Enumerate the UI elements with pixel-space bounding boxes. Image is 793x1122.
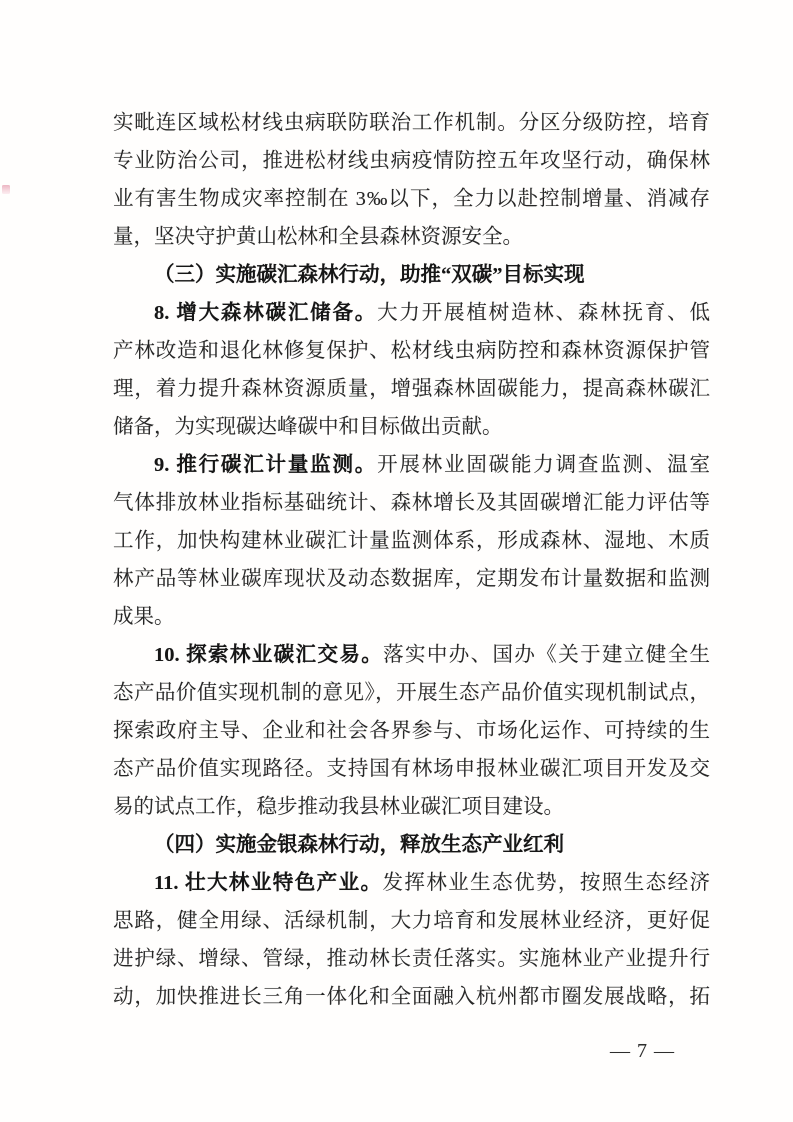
- document-page: 实毗连区域松材线虫病联防联治工作机制。分区分级防控，培育 专业防治公司，推进松材…: [0, 0, 793, 1122]
- text-line: 探索政府主导、企业和社会各界参与、市场化运作、可持续的生: [113, 712, 710, 750]
- item-10-lead: 10. 探索林业碳汇交易。: [154, 644, 383, 666]
- text-line: 动，加快推进长三角一体化和全面融入杭州都市圈发展战略，拓: [113, 978, 710, 1016]
- text-line: 态产品价值实现路径。支持国有林场申报林业碳汇项目开发及交: [113, 750, 710, 788]
- text-line: 专业防治公司，推进松材线虫病疫情防控五年攻坚行动，确保林: [113, 142, 710, 180]
- section-heading-4: （四）实施金银森林行动，释放生态产业红利: [113, 826, 710, 864]
- text-line: 业有害生物成灾率控制在 3‰以下，全力以赴控制增量、消减存: [113, 180, 710, 218]
- text-line: 量，坚决守护黄山松林和全县森林资源安全。: [113, 218, 710, 256]
- item-11-text: 发挥林业生态优势，按照生态经济: [382, 872, 710, 894]
- text-line: 气体排放林业指标基础统计、森林增长及其固碳增汇能力评估等: [113, 484, 710, 522]
- text-line: 林产品等林业碳库现状及动态数据库，定期发布计量数据和监测: [113, 560, 710, 598]
- text-line: 易的试点工作，稳步推动我县林业碳汇项目建设。: [113, 788, 710, 826]
- text-line: 实毗连区域松材线虫病联防联治工作机制。分区分级防控，培育: [113, 104, 710, 142]
- text-line: 10. 探索林业碳汇交易。落实中办、国办《关于建立健全生: [113, 636, 710, 674]
- text-line: 产林改造和退化林修复保护、松材线虫病防控和森林资源保护管: [113, 332, 710, 370]
- item-9-text: 开展林业固碳能力调查监测、温室: [377, 454, 710, 476]
- item-11-lead: 11. 壮大林业特色产业。: [154, 872, 382, 894]
- text-line: 理，着力提升森林资源质量，增强森林固碳能力，提高森林碳汇: [113, 370, 710, 408]
- text-line: 9. 推行碳汇计量监测。开展林业固碳能力调查监测、温室: [113, 446, 710, 484]
- text-line: 储备，为实现碳达峰碳中和目标做出贡献。: [113, 408, 710, 446]
- text-line: 工作，加快构建林业碳汇计量监测体系，形成森林、湿地、木质: [113, 522, 710, 560]
- text-line: 11. 壮大林业特色产业。发挥林业生态优势，按照生态经济: [113, 864, 710, 902]
- item-10-text: 落实中办、国办《关于建立健全生: [383, 644, 710, 666]
- text-line: 成果。: [113, 598, 710, 636]
- item-8-lead: 8. 增大森林碳汇储备。: [154, 302, 377, 324]
- document-text-block: 实毗连区域松材线虫病联防联治工作机制。分区分级防控，培育 专业防治公司，推进松材…: [113, 104, 710, 1016]
- text-line: 思路，健全用绿、活绿机制，大力培育和发展林业经济，更好促: [113, 902, 710, 940]
- text-line: 进护绿、增绿、管绿，推动林长责任落实。实施林业产业提升行: [113, 940, 710, 978]
- page-number: — 7 —: [610, 1040, 675, 1062]
- text-line: 态产品价值实现机制的意见》，开展生态产品价值实现机制试点，: [113, 674, 710, 712]
- section-heading-3: （三）实施碳汇森林行动，助推“双碳”目标实现: [113, 256, 710, 294]
- item-8-text: 大力开展植树造林、森林抚育、低: [377, 302, 710, 324]
- text-line: 8. 增大森林碳汇储备。大力开展植树造林、森林抚育、低: [113, 294, 710, 332]
- scan-artifact-mark: [2, 185, 10, 194]
- item-9-lead: 9. 推行碳汇计量监测。: [154, 454, 377, 476]
